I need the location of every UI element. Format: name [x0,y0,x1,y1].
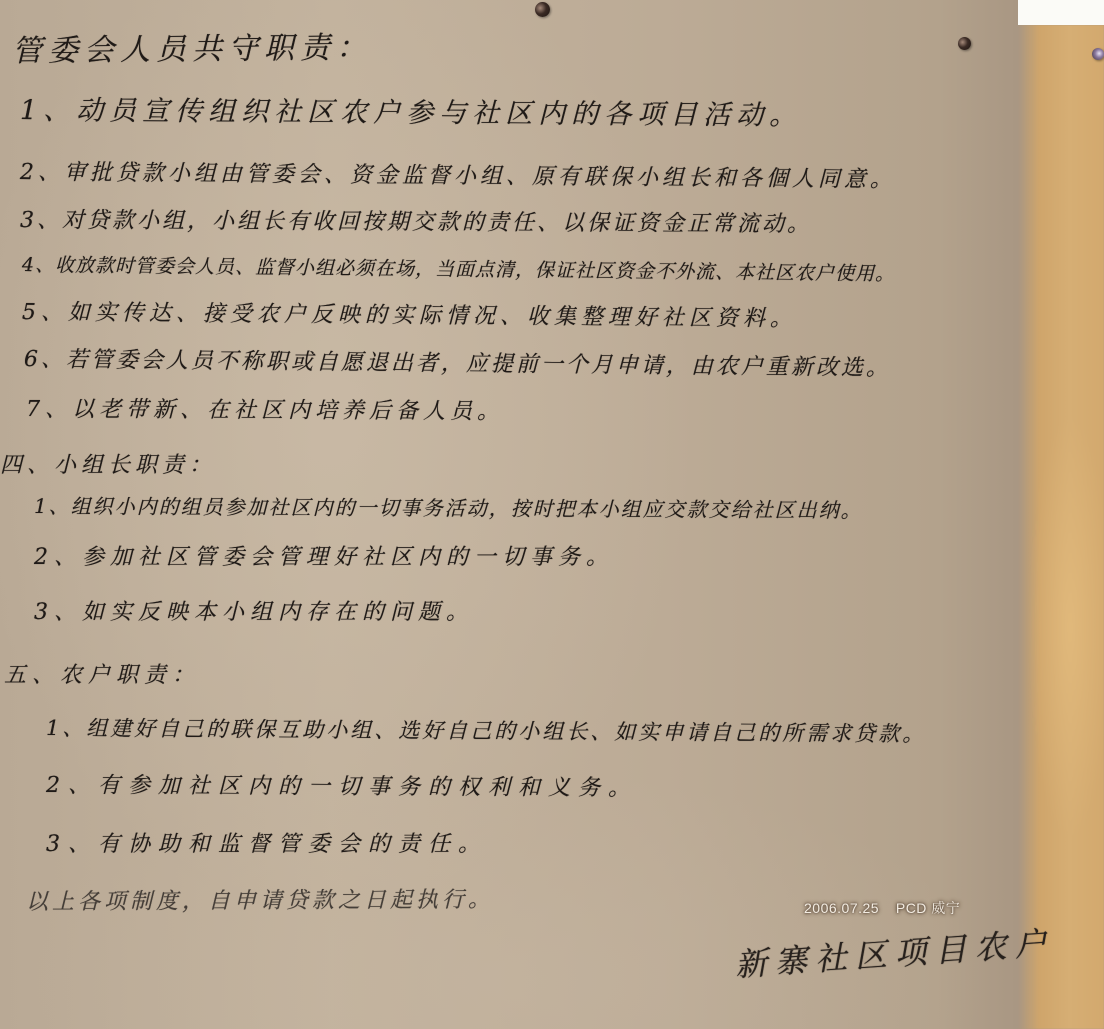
watermark-date: 2006.07.25 [804,900,879,916]
watermark-label: PCD 威宁 [896,900,960,916]
group-leader-item-3: 3、如实反映本小组内存在的问题。 [34,595,474,626]
farmer-item-3: 3、有协助和监督管委会的责任。 [46,827,488,858]
management-item-4: 4、收放款时管委会人员、监督小组必须在场，当面点清，保证社区资金不外流、本社区农… [22,250,895,286]
group-leader-heading: 四、小组长职责： [0,448,216,479]
management-item-1: 1、动员宣传组织社区农户参与社区内的各项目活动。 [20,88,802,132]
farmer-item-1: 1、组建好自己的联保互助小组、选好自己的小组长、如实申请自己的所需求贷款。 [46,712,927,748]
closing-statement: 以上各项制度，自申请贷款之日起执行。 [26,883,494,916]
management-item-7: 7、以老带新、在社区内培养后备人员。 [26,392,504,426]
document-title: 管委会人员共守职责： [12,22,372,70]
management-item-6: 6、若管委会人员不称职或自愿退出者，应提前一个月申请，由农户重新改选。 [24,342,891,382]
management-item-5: 5、如实传达、接受农户反映的实际情况、收集整理好社区资料。 [22,295,797,333]
photo-watermark: 2006.07.25 PCD 威宁 [804,898,960,918]
management-item-2: 2、审批贷款小组由管委会、资金监督小组、原有联保小组长和各個人同意。 [20,155,896,194]
group-leader-item-2: 2、参加社区管委会管理好社区内的一切事务。 [34,540,614,571]
group-leader-item-1: 1、组织小内的组员参加社区内的一切事务活动，按时把本小组应交款交给社区出纳。 [34,490,863,523]
management-item-3: 3、对贷款小组，小组长有收回按期交款的责任、以保证资金正常流动。 [20,203,812,238]
farmer-heading: 五、农户职责： [4,658,200,689]
handwritten-document: 管委会人员共守职责： 1、动员宣传组织社区农户参与社区内的各项目活动。 2、审批… [0,0,1104,1029]
signature: 新寨社区项目农户 [733,918,1055,986]
farmer-item-2: 2、有参加社区内的一切事务的权利和义务。 [46,768,638,802]
